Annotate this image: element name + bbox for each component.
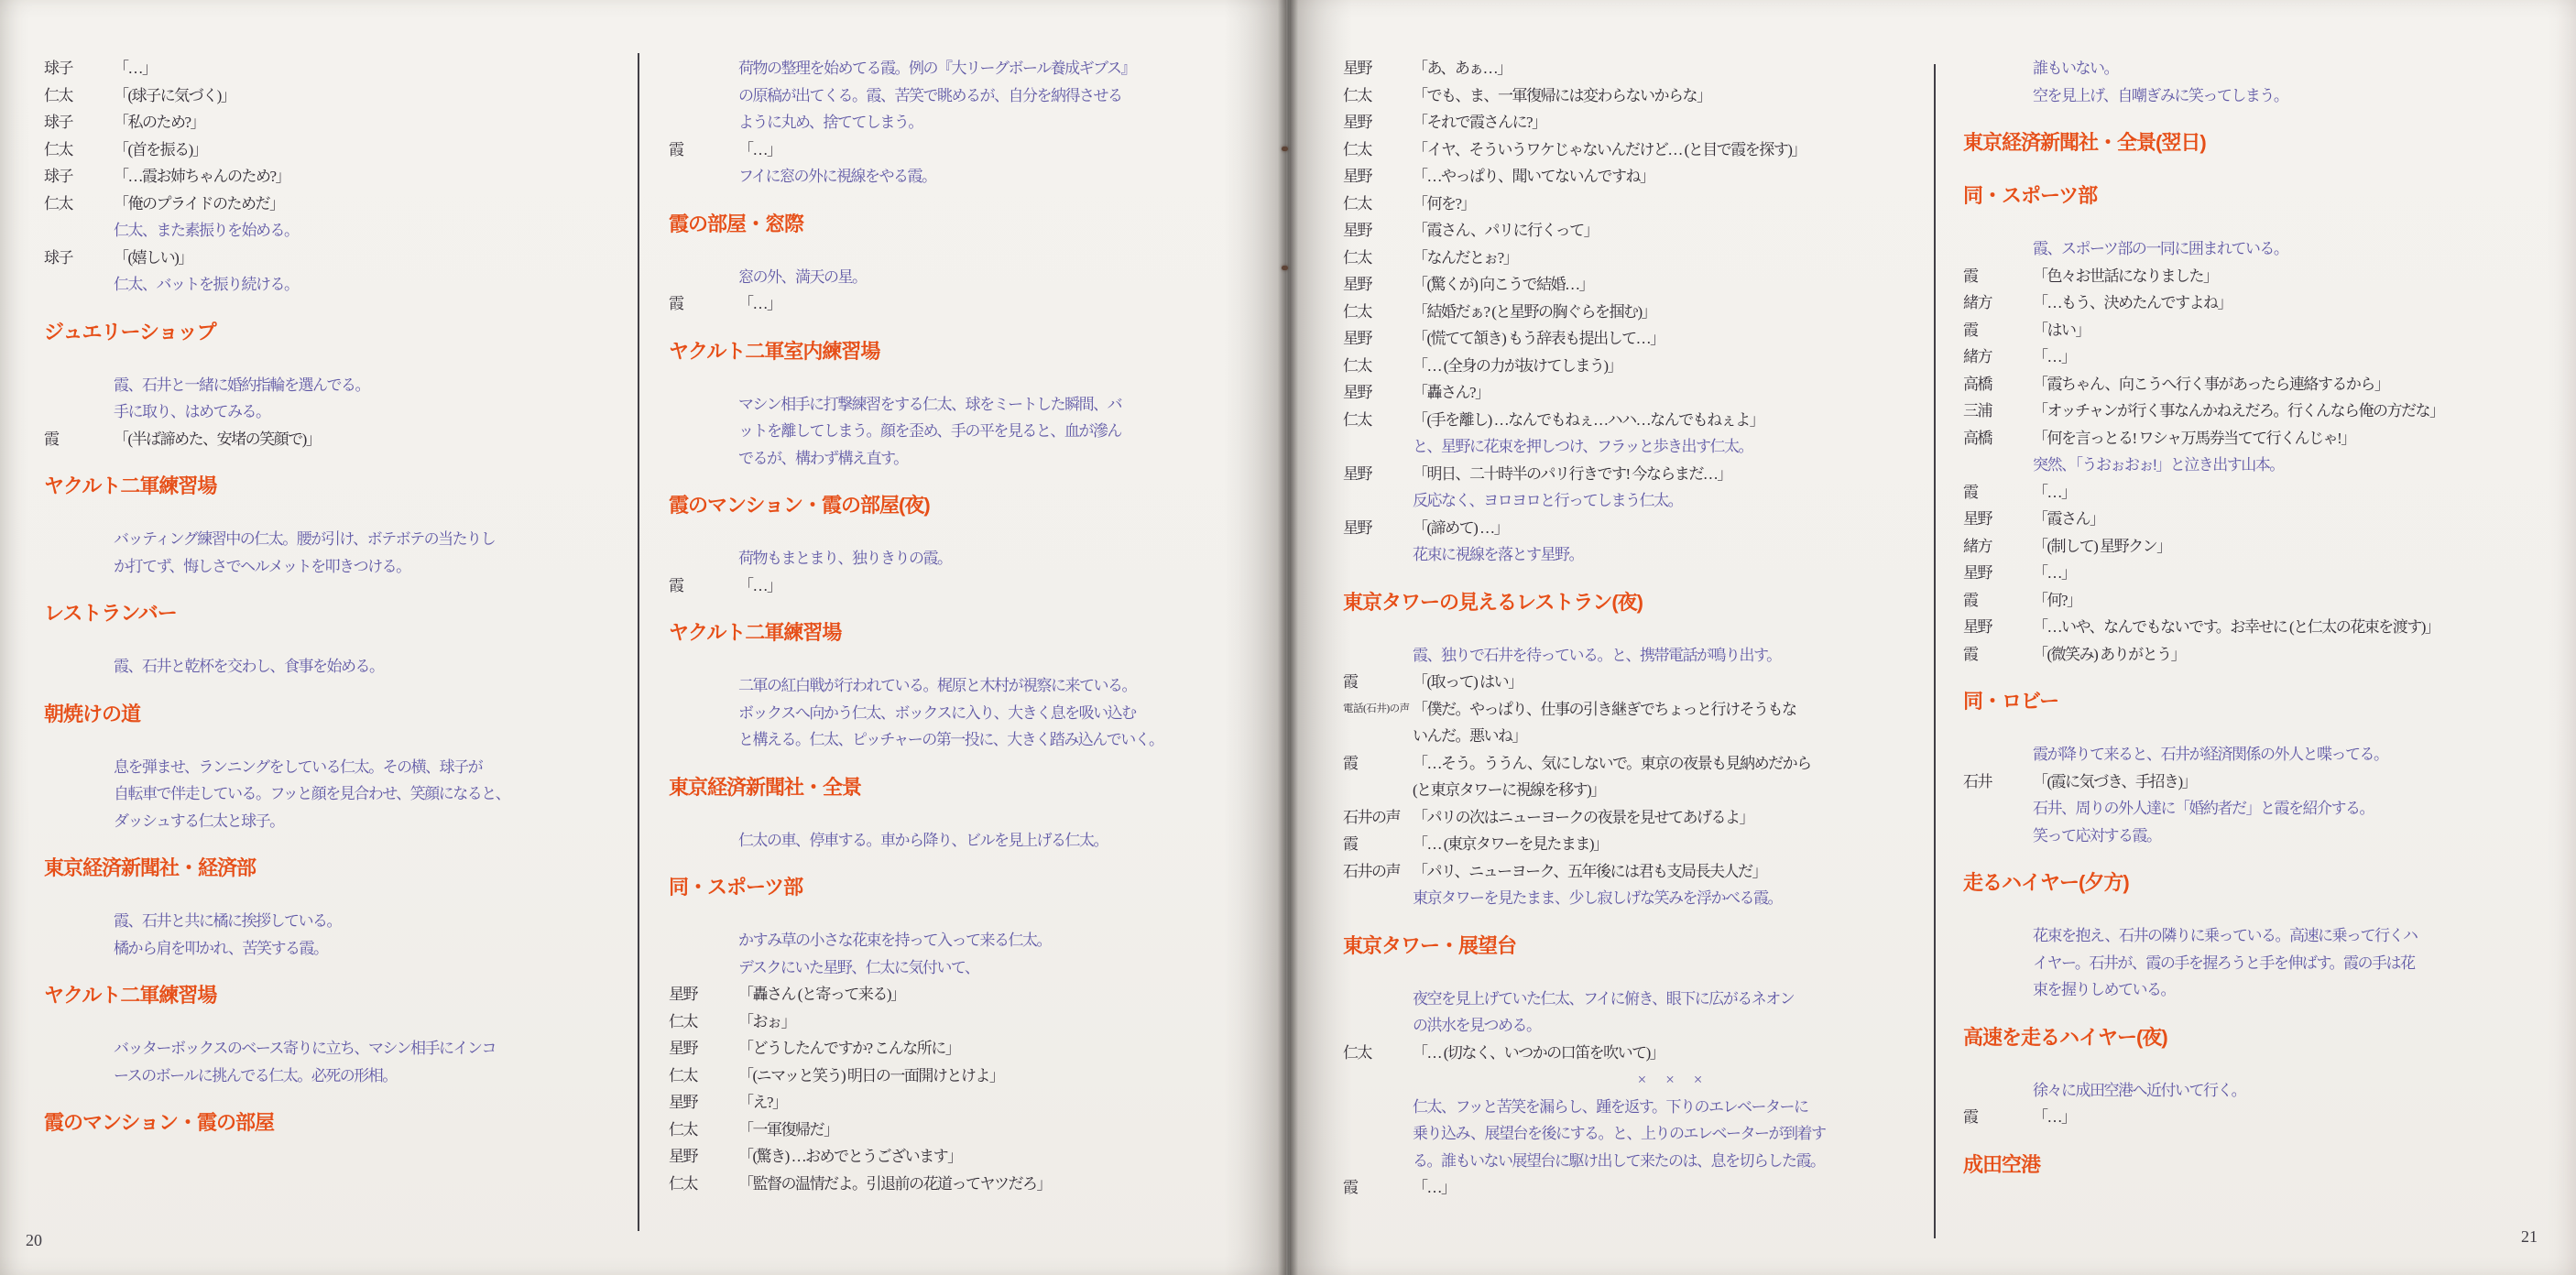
action-line: 霞、石井と乾杯を交わし、食事を始める。 xyxy=(114,653,636,681)
dialogue-text: 「え?」 xyxy=(738,1089,1275,1117)
dialogue-line: 球子 「私のため?」 xyxy=(44,109,636,136)
dialogue-line: 霞 「… (東京タワーを見たまま)」 xyxy=(1343,831,1929,858)
dialogue-line: 仁太 「(ニマッと笑う) 明日の一面開けとけよ」 xyxy=(669,1062,1275,1090)
action-line: マシン相手に打撃練習をする仁太、球をミートした瞬間、バ ットを離してしまう。顔を… xyxy=(738,391,1275,473)
script-column-2: 荷物の整理を始めてる霞。例の『大リーグボール養成ギブス』 の原稿が出てくる。霞、… xyxy=(669,55,1275,1197)
dialogue-text: 「霞さん」 xyxy=(2033,506,2571,533)
speaker-name: 緒方 xyxy=(1963,533,2033,561)
speaker-name: 星野 xyxy=(1343,515,1413,542)
speaker-name: 球子 xyxy=(44,245,114,272)
action-line: バッティング練習中の仁太。腰が引け、ボテボテの当たりし か打てず、悔しさでヘルメ… xyxy=(114,526,636,580)
dialogue-line: 仁太 「俺のプライドのためだ」 xyxy=(44,191,636,218)
script-column-1: 球子 「…」 仁太 「(球子に気づく)」 球子 「私のため?」 仁太 「(首を振… xyxy=(44,55,636,1162)
dialogue-text: 「…」 xyxy=(114,55,636,82)
action-line: 二軍の紅白戦が行われている。梶原と木村が視察に来ている。 ボックスへ向かう仁太、… xyxy=(738,672,1275,754)
scene-heading: ヤクルト二軍練習場 xyxy=(44,473,636,500)
column-divider xyxy=(638,53,639,1231)
dialogue-line: 星野 「…いや、なんでもないです。お幸せに (と仁太の花束を渡す)」 xyxy=(1963,614,2571,641)
action-line: 荷物の整理を始めてる霞。例の『大リーグボール養成ギブス』 の原稿が出てくる。霞、… xyxy=(738,55,1275,136)
speaker-name: 霞 xyxy=(669,290,738,318)
speaker-name: 仁太 xyxy=(1343,245,1413,272)
dialogue-text: 「パリ、ニューヨーク、五年後には君も支局長夫人だ」 xyxy=(1413,858,1929,886)
dialogue-line: 霞 「(取って) はい」 xyxy=(1343,669,1929,696)
dialogue-text: 「何?」 xyxy=(2033,587,2571,615)
dialogue-text: 「…そう。ううん、気にしないで。東京の夜景も見納めだから (と東京タワーに視線を… xyxy=(1413,750,1929,804)
dialogue-line: 緒方 「…もう、決めたんですよね」 xyxy=(1963,289,2571,317)
dialogue-line: 仁太 「でも、ま、一軍復帰には変わらないからな」 xyxy=(1343,82,1929,110)
scene-heading: 東京経済新聞社・全景(翌日) xyxy=(1963,129,2571,157)
dialogue-line: 仁太 「おぉ」 xyxy=(669,1008,1275,1036)
dialogue-text: 「(慌てて頷き) もう辞表も提出して…」 xyxy=(1413,325,1929,353)
speaker-name: 霞 xyxy=(1343,750,1413,778)
dialogue-line: 仁太 「イヤ、そういうワケじゃないんだけど… (と目で霞を探す)」 xyxy=(1343,136,1929,164)
dialogue-line: 星野 「霞さん」 xyxy=(1963,506,2571,533)
dialogue-line: 電話(石井)の声 「僕だ。やっぱり、仕事の引き継ぎでちょっと行けそうもな いんだ… xyxy=(1343,696,1929,750)
dialogue-line: 仁太 「一軍復帰だ」 xyxy=(669,1117,1275,1144)
speaker-name: 仁太 xyxy=(1343,136,1413,164)
dialogue-text: 「結婚だぁ? (と星野の胸ぐらを掴む)」 xyxy=(1413,299,1929,326)
speaker-name: 球子 xyxy=(44,109,114,136)
scene-heading: 東京経済新聞社・経済部 xyxy=(44,855,636,882)
action-line: 窓の外、満天の星。 xyxy=(738,264,1275,291)
action-line: 荷物もまとまり、独りきりの霞。 xyxy=(738,545,1275,572)
action-line: 仁太、また素振りを始める。 xyxy=(114,217,636,245)
booklet-spread: 球子 「…」 仁太 「(球子に気づく)」 球子 「私のため?」 仁太 「(首を振… xyxy=(0,0,2576,1275)
speaker-name: 仁太 xyxy=(669,1117,738,1144)
dialogue-line: 三浦 「オッチャンが行く事なんかねえだろ。行くんなら俺の方だな」 xyxy=(1963,398,2571,425)
dialogue-text: 「…」 xyxy=(2033,343,2571,371)
action-line: 霞、石井と一緒に婚約指輪を選んでる。 手に取り、はめてみる。 xyxy=(114,372,636,426)
dialogue-line: 星野 「え?」 xyxy=(669,1089,1275,1117)
speaker-name: 星野 xyxy=(1343,55,1413,82)
dialogue-line: 星野 「それで霞さんに?」 xyxy=(1343,109,1929,136)
dialogue-text: 「監督の温情だよ。引退前の花道ってヤツだろ」 xyxy=(738,1171,1275,1198)
dialogue-text: 「霞さん、パリに行くって」 xyxy=(1413,217,1929,245)
scene-heading: 朝焼けの道 xyxy=(44,701,636,728)
scene-heading: ジュエリーショップ xyxy=(44,319,636,346)
dialogue-line: 球子 「…」 xyxy=(44,55,636,82)
speaker-name: 仁太 xyxy=(1343,353,1413,380)
dialogue-line: 霞 「何?」 xyxy=(1963,587,2571,615)
dialogue-text: 「… (切なく、いつかの口笛を吹いて)」 xyxy=(1413,1040,1929,1067)
speaker-name: 星野 xyxy=(669,1089,738,1117)
speaker-name: 星野 xyxy=(1343,109,1413,136)
dialogue-line: 石井 「(霞に気づき、手招き)」 xyxy=(1963,768,2571,796)
speaker-name: 石井 xyxy=(1963,768,2033,796)
dialogue-text: 「…いや、なんでもないです。お幸せに (と仁太の花束を渡す)」 xyxy=(2033,614,2571,641)
dialogue-text: 「オッチャンが行く事なんかねえだろ。行くんなら俺の方だな」 xyxy=(2033,398,2571,425)
dialogue-line: 仁太 「何を?」 xyxy=(1343,191,1929,218)
action-line: と、星野に花束を押しつけ、フラッと歩き出す仁太。 xyxy=(1413,433,1929,461)
action-line: 霞が降りて来ると、石井が経済関係の外人と喋ってる。 xyxy=(2033,741,2571,768)
speaker-name: 星野 xyxy=(1343,461,1413,488)
action-line: バッターボックスのベース寄りに立ち、マシン相手にインコ ースのボールに挑んでる仁… xyxy=(114,1035,636,1089)
dialogue-text: 「(球子に気づく)」 xyxy=(114,82,636,110)
speaker-name: 霞 xyxy=(1343,669,1413,696)
dialogue-line: 仁太 「… (切なく、いつかの口笛を吹いて)」 xyxy=(1343,1040,1929,1067)
dialogue-text: 「(ニマッと笑う) 明日の一面開けとけよ」 xyxy=(738,1062,1275,1090)
dialogue-text: 「(制して) 星野クン」 xyxy=(2033,533,2571,561)
dialogue-line: 仁太 「なんだとぉ?」 xyxy=(1343,245,1929,272)
speaker-name: 高橋 xyxy=(1963,371,2033,398)
dialogue-text: 「でも、ま、一軍復帰には変わらないからな」 xyxy=(1413,82,1929,110)
scene-heading: 霞の部屋・窓際 xyxy=(669,211,1275,238)
dialogue-line: 星野 「霞さん、パリに行くって」 xyxy=(1343,217,1929,245)
speaker-name: 電話(石井)の声 xyxy=(1343,696,1413,724)
speaker-name: 星野 xyxy=(1963,560,2033,587)
speaker-name: 仁太 xyxy=(669,1062,738,1090)
dialogue-line: 石井の声 「パリの次はニューヨークの夜景を見せてあげるよ」 xyxy=(1343,804,1929,832)
dialogue-line: 仁太 「(首を振る)」 xyxy=(44,136,636,164)
dialogue-line: 星野 「(驚くが) 向こうで結婚…」 xyxy=(1343,271,1929,299)
scene-heading: 高速を走るハイヤー(夜) xyxy=(1963,1024,2571,1052)
dialogue-text: 「轟さん?」 xyxy=(1413,379,1929,407)
dialogue-text: 「(驚くが) 向こうで結婚…」 xyxy=(1413,271,1929,299)
dialogue-line: 高橋 「霞ちゃん、向こうへ行く事があったら連絡するから」 xyxy=(1963,371,2571,398)
speaker-name: 石井の声 xyxy=(1343,804,1413,832)
dialogue-text: 「…」 xyxy=(738,572,1275,600)
speaker-name: 仁太 xyxy=(44,191,114,218)
dialogue-line: 球子 「(嬉しい)」 xyxy=(44,245,636,272)
dialogue-line: 霞 「…」 xyxy=(1963,1104,2571,1131)
dialogue-line: 星野 「轟さん (と寄って来る)」 xyxy=(669,981,1275,1008)
dialogue-text: 「はい」 xyxy=(2033,317,2571,344)
dialogue-text: 「イヤ、そういうワケじゃないんだけど… (と目で霞を探す)」 xyxy=(1413,136,1929,164)
dialogue-line: 石井の声 「パリ、ニューヨーク、五年後には君も支局長夫人だ」 xyxy=(1343,858,1929,886)
speaker-name: 仁太 xyxy=(669,1008,738,1036)
speaker-name: 星野 xyxy=(1343,379,1413,407)
speaker-name: 霞 xyxy=(1343,831,1413,858)
dialogue-text: 「(霞に気づき、手招き)」 xyxy=(2033,768,2571,796)
dialogue-text: 「…」 xyxy=(2033,560,2571,587)
action-line: 東京タワーを見たまま、少し寂しげな笑みを浮かべる霞。 xyxy=(1413,885,1929,912)
dialogue-text: 「霞ちゃん、向こうへ行く事があったら連絡するから」 xyxy=(2033,371,2571,398)
action-line: 誰もいない。 空を見上げ、自嘲ぎみに笑ってしまう。 xyxy=(2033,55,2571,109)
dialogue-text: 「おぉ」 xyxy=(738,1008,1275,1036)
action-line: 徐々に成田空港へ近付いて行く。 xyxy=(2033,1077,2571,1105)
speaker-name: 球子 xyxy=(44,163,114,191)
dialogue-text: 「…霞お姉ちゃんのため?」 xyxy=(114,163,636,191)
dialogue-line: 緒方 「…」 xyxy=(1963,343,2571,371)
dialogue-line: 高橋 「何を言っとる! ワシャ万馬券当てて行くんじゃ!」 xyxy=(1963,425,2571,452)
dialogue-text: 「なんだとぉ?」 xyxy=(1413,245,1929,272)
dialogue-line: 星野 「…」 xyxy=(1963,560,2571,587)
action-line: 仁太、バットを振り続ける。 xyxy=(114,271,636,299)
scene-heading: ヤクルト二軍練習場 xyxy=(44,982,636,1009)
dialogue-text: 「…もう、決めたんですよね」 xyxy=(2033,289,2571,317)
speaker-name: 星野 xyxy=(669,1143,738,1171)
dialogue-text: 「… (全身の力が抜けてしまう)」 xyxy=(1413,353,1929,380)
staple-icon xyxy=(1282,147,1288,151)
scene-heading: 走るハイヤー(夕方) xyxy=(1963,869,2571,897)
dialogue-text: 「…」 xyxy=(738,136,1275,164)
speaker-name: 霞 xyxy=(1963,1104,2033,1131)
dialogue-text: 「(微笑み) ありがとう」 xyxy=(2033,641,2571,669)
speaker-name: 星野 xyxy=(1963,506,2033,533)
speaker-name: 霞 xyxy=(669,136,738,164)
scene-transition-marks: × × × xyxy=(1413,1066,1929,1094)
action-line: フイに窓の外に視線をやる霞。 xyxy=(738,163,1275,191)
scene-heading: 東京タワー・展望台 xyxy=(1343,932,1929,960)
dialogue-line: 霞 「はい」 xyxy=(1963,317,2571,344)
dialogue-text: 「(取って) はい」 xyxy=(1413,669,1929,696)
speaker-name: 星野 xyxy=(1343,271,1413,299)
page-number-right: 21 xyxy=(2521,1227,2538,1247)
dialogue-text: 「色々お世話になりました」 xyxy=(2033,263,2571,290)
dialogue-line: 霞 「…」 xyxy=(1343,1174,1929,1202)
dialogue-text: 「一軍復帰だ」 xyxy=(738,1117,1275,1144)
speaker-name: 霞 xyxy=(1963,587,2033,615)
action-line: 息を弾ませ、ランニングをしている仁太。その横、球子が 自転車で伴走している。フッ… xyxy=(114,754,636,835)
speaker-name: 仁太 xyxy=(44,136,114,164)
action-line: 霞、石井と共に橘に挨拶している。 橘から肩を叩かれ、苦笑する霞。 xyxy=(114,908,636,962)
action-line: 石井、周りの外人達に「婚約者だ」と霞を紹介する。 笑って応対する霞。 xyxy=(2033,795,2571,849)
dialogue-text: 「それで霞さんに?」 xyxy=(1413,109,1929,136)
scene-heading: 霞のマンション・霞の部屋 xyxy=(44,1109,636,1137)
scene-heading: 東京タワーの見えるレストラン(夜) xyxy=(1343,589,1929,616)
dialogue-line: 霞 「(半ば諦めた、安堵の笑顔で)」 xyxy=(44,426,636,453)
speaker-name: 仁太 xyxy=(1343,407,1413,434)
speaker-name: 仁太 xyxy=(669,1171,738,1198)
speaker-name: 霞 xyxy=(1963,317,2033,344)
speaker-name: 霞 xyxy=(1963,641,2033,669)
dialogue-text: 「… (東京タワーを見たまま)」 xyxy=(1413,831,1929,858)
dialogue-line: 星野 「明日、二十時半のパリ行きです! 今ならまだ…」 xyxy=(1343,461,1929,488)
dialogue-line: 霞 「色々お世話になりました」 xyxy=(1963,263,2571,290)
dialogue-line: 仁太 「(球子に気づく)」 xyxy=(44,82,636,110)
column-divider xyxy=(1934,64,1936,1238)
speaker-name: 球子 xyxy=(44,55,114,82)
dialogue-text: 「(半ば諦めた、安堵の笑顔で)」 xyxy=(114,426,636,453)
scene-heading: 同・スポーツ部 xyxy=(1963,182,2571,210)
dialogue-text: 「僕だ。やっぱり、仕事の引き継ぎでちょっと行けそうもな いんだ。悪いね」 xyxy=(1413,696,1929,750)
speaker-name: 霞 xyxy=(1963,263,2033,290)
dialogue-line: 霞 「…そう。ううん、気にしないで。東京の夜景も見納めだから (と東京タワーに視… xyxy=(1343,750,1929,804)
speaker-name: 石井の声 xyxy=(1343,858,1413,886)
dialogue-text: 「(驚き) …おめでとうございます」 xyxy=(738,1143,1275,1171)
action-line: 反応なく、ヨロヨロと行ってしまう仁太。 xyxy=(1413,487,1929,515)
action-line: 突然、「うおぉおぉ!」と泣き出す山本。 xyxy=(2033,452,2571,479)
scene-heading: 成田空港 xyxy=(1963,1151,2571,1179)
dialogue-line: 星野 「(諦めて) …」 xyxy=(1343,515,1929,542)
scene-heading: 同・ロビー xyxy=(1963,688,2571,715)
speaker-name: 緒方 xyxy=(1963,289,2033,317)
scene-heading: ヤクルト二軍室内練習場 xyxy=(669,338,1275,365)
dialogue-line: 星野 「(驚き) …おめでとうございます」 xyxy=(669,1143,1275,1171)
dialogue-line: 霞 「…」 xyxy=(669,572,1275,600)
dialogue-text: 「…」 xyxy=(2033,479,2571,507)
speaker-name: 霞 xyxy=(1963,479,2033,507)
dialogue-text: 「私のため?」 xyxy=(114,109,636,136)
action-line: 花束に視線を落とす星野。 xyxy=(1413,541,1929,569)
dialogue-line: 球子 「…霞お姉ちゃんのため?」 xyxy=(44,163,636,191)
dialogue-text: 「何を言っとる! ワシャ万馬券当てて行くんじゃ!」 xyxy=(2033,425,2571,452)
dialogue-text: 「…」 xyxy=(2033,1104,2571,1131)
dialogue-text: 「明日、二十時半のパリ行きです! 今ならまだ…」 xyxy=(1413,461,1929,488)
staple-icon xyxy=(1282,266,1288,270)
speaker-name: 星野 xyxy=(1343,217,1413,245)
scene-heading: 東京経済新聞社・全景 xyxy=(669,774,1275,801)
dialogue-line: 星野 「(慌てて頷き) もう辞表も提出して…」 xyxy=(1343,325,1929,353)
dialogue-text: 「(諦めて) …」 xyxy=(1413,515,1929,542)
dialogue-text: 「パリの次はニューヨークの夜景を見せてあげるよ」 xyxy=(1413,804,1929,832)
speaker-name: 星野 xyxy=(669,981,738,1008)
action-line: 仁太の車、停車する。車から降り、ビルを見上げる仁太。 xyxy=(738,827,1275,855)
dialogue-text: 「(手を離し) …なんでもねぇ…ハハ…なんでもねぇよ」 xyxy=(1413,407,1929,434)
speaker-name: 仁太 xyxy=(1343,1040,1413,1067)
speaker-name: 霞 xyxy=(44,426,114,453)
script-column-3: 星野 「あ、あぁ…」 仁太 「でも、ま、一軍復帰には変わらないからな」 星野 「… xyxy=(1343,55,1929,1202)
dialogue-text: 「何を?」 xyxy=(1413,191,1929,218)
scene-heading: 霞のマンション・霞の部屋(夜) xyxy=(669,492,1275,519)
action-line: かすみ草の小さな花束を持って入って来る仁太。 デスクにいた星野、仁太に気付いて、 xyxy=(738,927,1275,981)
dialogue-line: 星野 「どうしたんですか? こんな所に」 xyxy=(669,1035,1275,1062)
speaker-name: 緒方 xyxy=(1963,343,2033,371)
speaker-name: 星野 xyxy=(1343,163,1413,191)
dialogue-text: 「あ、あぁ…」 xyxy=(1413,55,1929,82)
speaker-name: 霞 xyxy=(669,572,738,600)
dialogue-line: 霞 「…」 xyxy=(669,290,1275,318)
action-line: 花束を抱え、石井の隣りに乗っている。高速に乗って行くハ イヤー。石井が、霞の手を… xyxy=(2033,922,2571,1004)
dialogue-text: 「(首を振る)」 xyxy=(114,136,636,164)
speaker-name: 星野 xyxy=(1343,325,1413,353)
dialogue-line: 星野 「轟さん?」 xyxy=(1343,379,1929,407)
dialogue-line: 緒方 「(制して) 星野クン」 xyxy=(1963,533,2571,561)
scene-heading: レストランバー xyxy=(44,600,636,627)
action-line: 霞、スポーツ部の一同に囲まれている。 xyxy=(2033,235,2571,263)
speaker-name: 星野 xyxy=(1963,614,2033,641)
action-line: 霞、独りで石井を待っている。と、携帯電話が鳴り出す。 xyxy=(1413,642,1929,670)
dialogue-text: 「俺のプライドのためだ」 xyxy=(114,191,636,218)
dialogue-line: 霞 「…」 xyxy=(669,136,1275,164)
speaker-name: 三浦 xyxy=(1963,398,2033,425)
speaker-name: 仁太 xyxy=(1343,191,1413,218)
speaker-name: 星野 xyxy=(669,1035,738,1062)
speaker-name: 霞 xyxy=(1343,1174,1413,1202)
dialogue-text: 「…」 xyxy=(1413,1174,1929,1202)
page-number-left: 20 xyxy=(26,1231,42,1250)
dialogue-line: 星野 「あ、あぁ…」 xyxy=(1343,55,1929,82)
dialogue-line: 霞 「…」 xyxy=(1963,479,2571,507)
script-column-4: 誰もいない。 空を見上げ、自嘲ぎみに笑ってしまう。 東京経済新聞社・全景(翌日)… xyxy=(1963,55,2571,1204)
dialogue-line: 仁太 「… (全身の力が抜けてしまう)」 xyxy=(1343,353,1929,380)
dialogue-line: 仁太 「結婚だぁ? (と星野の胸ぐらを掴む)」 xyxy=(1343,299,1929,326)
dialogue-text: 「(嬉しい)」 xyxy=(114,245,636,272)
scene-heading: ヤクルト二軍練習場 xyxy=(669,619,1275,647)
action-line: 仁太、フッと苦笑を漏らし、踵を返す。下りのエレベーターに 乗り込み、展望台を後に… xyxy=(1413,1094,1929,1175)
dialogue-text: 「…」 xyxy=(738,290,1275,318)
dialogue-text: 「どうしたんですか? こんな所に」 xyxy=(738,1035,1275,1062)
dialogue-text: 「…やっぱり、聞いてないんですね」 xyxy=(1413,163,1929,191)
dialogue-line: 仁太 「監督の温情だよ。引退前の花道ってヤツだろ」 xyxy=(669,1171,1275,1198)
action-line: 夜空を見上げていた仁太、フイに俯き、眼下に広がるネオン の洪水を見つめる。 xyxy=(1413,986,1929,1040)
dialogue-line: 仁太 「(手を離し) …なんでもねぇ…ハハ…なんでもねぇよ」 xyxy=(1343,407,1929,434)
speaker-name: 仁太 xyxy=(1343,82,1413,110)
dialogue-text: 「轟さん (と寄って来る)」 xyxy=(738,981,1275,1008)
speaker-name: 高橋 xyxy=(1963,425,2033,452)
speaker-name: 仁太 xyxy=(1343,299,1413,326)
speaker-name: 仁太 xyxy=(44,82,114,110)
dialogue-line: 霞 「(微笑み) ありがとう」 xyxy=(1963,641,2571,669)
scene-heading: 同・スポーツ部 xyxy=(669,874,1275,901)
dialogue-line: 星野 「…やっぱり、聞いてないんですね」 xyxy=(1343,163,1929,191)
